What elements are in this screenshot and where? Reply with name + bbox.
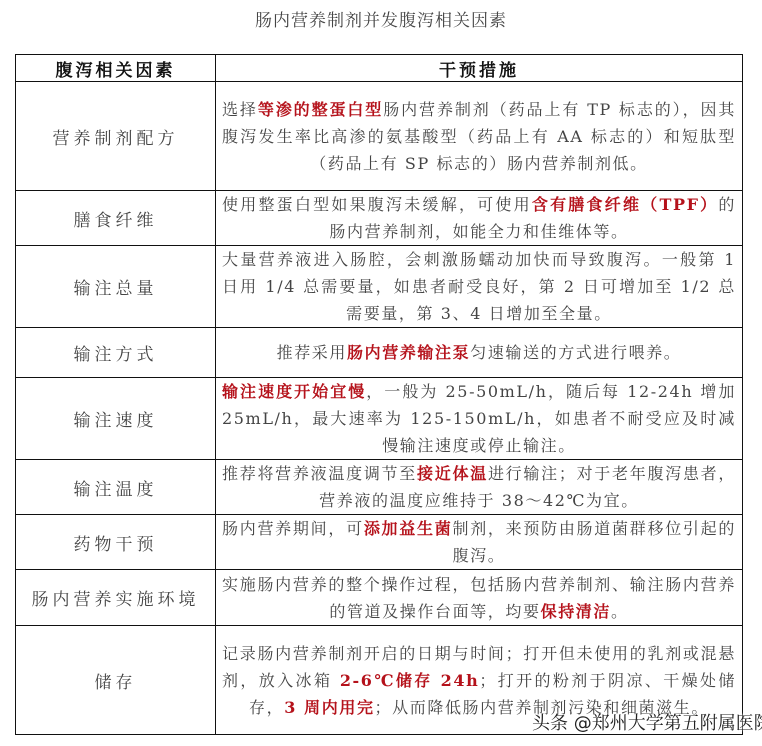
factor-cell: 营养制剂配方 (16, 82, 216, 191)
measure-cell: 大量营养液进入肠腔，会刺激肠蠕动加快而导致腹泻。一般第 1 日用 1/4 总需要… (216, 246, 743, 328)
factor-cell: 输注温度 (16, 460, 216, 515)
measure-text: 制剂，来预防由肠道菌群移位引起的腹泻。 (452, 519, 736, 565)
measure-text: 推荐将营养液温度调节至 (222, 464, 417, 483)
table-header-row: 腹泻相关因素 干预措施 (16, 55, 743, 82)
highlighted-text: 等渗的整蛋白型 (258, 100, 383, 119)
measure-text: 实施肠内营养的整个操作过程，包括肠内营养制剂、输注肠内营养的管道及操作台面等，均… (222, 575, 736, 621)
table-row: 药物干预肠内营养期间，可添加益生菌制剂，来预防由肠道菌群移位引起的腹泻。 (16, 515, 743, 570)
measure-text: 选择 (222, 100, 258, 119)
table-row: 膳食纤维使用整蛋白型如果腹泻未缓解，可使用含有膳食纤维（TPF）的肠内营养制剂，… (16, 191, 743, 246)
measure-text: 。 (611, 602, 629, 621)
factor-cell: 肠内营养实施环境 (16, 570, 216, 626)
table-row: 输注温度推荐将营养液温度调节至接近体温进行输注；对于老年腹泻患者，营养液的温度应… (16, 460, 743, 515)
measure-text: 推荐采用 (277, 343, 347, 362)
factor-cell: 膳食纤维 (16, 191, 216, 246)
measure-cell: 输注速度开始宜慢，一般为 25-50mL/h，随后每 12-24h 增加 25m… (216, 378, 743, 460)
table-row: 输注速度输注速度开始宜慢，一般为 25-50mL/h，随后每 12-24h 增加… (16, 378, 743, 460)
page-title: 肠内营养制剂并发腹泻相关因素 (0, 6, 762, 31)
factor-cell: 输注速度 (16, 378, 216, 460)
measure-text: 使用整蛋白型如果腹泻未缓解，可使用 (222, 195, 532, 214)
header-measure: 干预措施 (216, 55, 743, 82)
measure-text: 匀速输送的方式进行喂养。 (470, 343, 681, 362)
measure-cell: 选择等渗的整蛋白型肠内营养制剂（药品上有 TP 标志的），因其腹泻发生率比高渗的… (216, 82, 743, 191)
highlighted-text: 添加益生菌 (364, 519, 453, 538)
factor-cell: 储存 (16, 626, 216, 735)
header-factor: 腹泻相关因素 (16, 55, 216, 82)
highlighted-text: 接近体温 (417, 464, 488, 483)
diarrhea-factors-table: 腹泻相关因素 干预措施 营养制剂配方选择等渗的整蛋白型肠内营养制剂（药品上有 T… (15, 54, 743, 735)
measure-text: 肠内营养期间，可 (222, 519, 364, 538)
measure-cell: 肠内营养期间，可添加益生菌制剂，来预防由肠道菌群移位引起的腹泻。 (216, 515, 743, 570)
highlighted-text: 含有膳食纤维（TPF） (532, 195, 719, 214)
watermark: 头条 @郑州大学第五附属医院 (532, 709, 762, 735)
factor-cell: 药物干预 (16, 515, 216, 570)
highlighted-text: 输注速度开始宜慢 (222, 382, 366, 401)
factor-cell: 输注方式 (16, 328, 216, 378)
measure-cell: 推荐将营养液温度调节至接近体温进行输注；对于老年腹泻患者，营养液的温度应维持于 … (216, 460, 743, 515)
factor-cell: 输注总量 (16, 246, 216, 328)
measure-cell: 推荐采用肠内营养输注泵匀速输送的方式进行喂养。 (216, 328, 743, 378)
table-row: 营养制剂配方选择等渗的整蛋白型肠内营养制剂（药品上有 TP 标志的），因其腹泻发… (16, 82, 743, 191)
highlighted-text: 保持清洁 (541, 602, 611, 621)
highlighted-text: 3 周内用完 (284, 698, 374, 717)
measure-text: 大量营养液进入肠腔，会刺激肠蠕动加快而导致腹泻。一般第 1 日用 1/4 总需要… (222, 250, 736, 323)
table-row: 肠内营养实施环境实施肠内营养的整个操作过程，包括肠内营养制剂、输注肠内营养的管道… (16, 570, 743, 626)
measure-cell: 实施肠内营养的整个操作过程，包括肠内营养制剂、输注肠内营养的管道及操作台面等，均… (216, 570, 743, 626)
table-row: 输注总量大量营养液进入肠腔，会刺激肠蠕动加快而导致腹泻。一般第 1 日用 1/4… (16, 246, 743, 328)
highlighted-text: 肠内营养输注泵 (347, 343, 470, 362)
table-row: 输注方式推荐采用肠内营养输注泵匀速输送的方式进行喂养。 (16, 328, 743, 378)
highlighted-text: 2-6℃储存 24h (340, 671, 480, 690)
measure-cell: 使用整蛋白型如果腹泻未缓解，可使用含有膳食纤维（TPF）的肠内营养制剂，如能全力… (216, 191, 743, 246)
